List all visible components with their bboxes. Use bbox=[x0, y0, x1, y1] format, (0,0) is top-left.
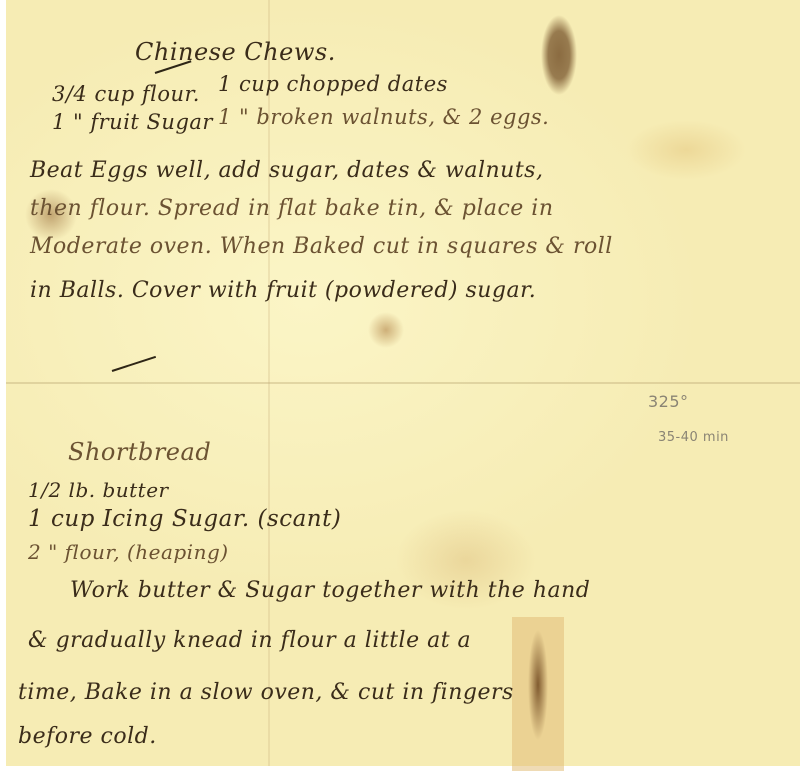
pencil-note-time: 35-40 min bbox=[658, 430, 729, 445]
ingredient-fruit-sugar: 1 " fruit Sugar bbox=[52, 110, 213, 134]
ingredient-walnuts-eggs: 1 " broken walnuts, & 2 eggs. bbox=[218, 105, 549, 129]
method-line-2: then flour. Spread in flat bake tin, & p… bbox=[30, 196, 554, 221]
tape-stain bbox=[528, 630, 548, 740]
method-line-4: in Balls. Cover with fruit (powdered) su… bbox=[30, 278, 536, 303]
ingredient-butter: 1/2 lb. butter bbox=[28, 478, 169, 502]
ingredient-flour: 3/4 cup flour. bbox=[52, 82, 200, 106]
recipe-title-chinese-chews: Chinese Chews. bbox=[135, 38, 336, 66]
pencil-note-temperature: 325° bbox=[648, 392, 689, 411]
ingredient-dates: 1 cup chopped dates bbox=[218, 72, 448, 96]
method-line-1: Work butter & Sugar together with the ha… bbox=[70, 578, 590, 603]
ingredient-flour-heaping: 2 " flour, (heaping) bbox=[28, 540, 229, 564]
method-line-2: & gradually knead in flour a little at a bbox=[28, 628, 471, 653]
method-line-3: Moderate oven. When Baked cut in squares… bbox=[30, 234, 613, 259]
ingredient-icing-sugar: 1 cup Icing Sugar. (scant) bbox=[28, 506, 341, 532]
method-line-1: Beat Eggs well, add sugar, dates & walnu… bbox=[30, 158, 543, 183]
paper-fold-horizontal bbox=[6, 382, 800, 384]
recipe-title-shortbread: Shortbread bbox=[68, 438, 211, 466]
method-line-3: time, Bake in a slow oven, & cut in fing… bbox=[18, 680, 514, 705]
method-line-4: before cold. bbox=[18, 724, 157, 749]
